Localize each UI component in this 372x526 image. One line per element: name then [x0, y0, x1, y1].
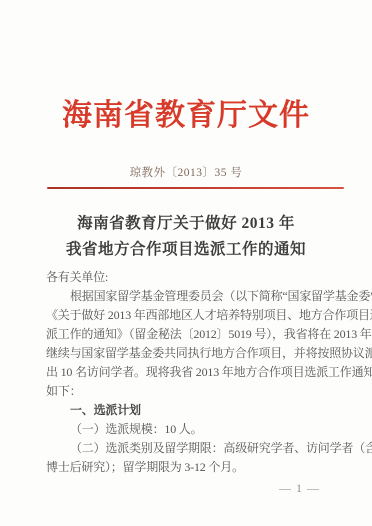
document-number: 琼教外〔2013〕35 号	[0, 165, 372, 181]
list-item: （一）选派规模：10 人。	[46, 420, 346, 439]
paragraph-line: 出 10 名访问学者。现将我省 2013 年地方合作项目选派工作通知	[46, 363, 346, 382]
paragraph-line: 派工作的通知》（留金秘法〔2012〕5019 号），我省将在 2013 年	[46, 325, 346, 344]
title-line-2: 我省地方合作项目选派工作的通知	[0, 237, 372, 263]
page-number: — 1 —	[279, 481, 320, 495]
paragraph-line: 《关于做好 2013 年西部地区人才培养特别项目、地方合作项目选	[46, 306, 346, 325]
document-page: 海南省教育厅文件 琼教外〔2013〕35 号 海南省教育厅关于做好 2013 年…	[0, 0, 372, 526]
red-divider-line	[47, 187, 344, 189]
agency-header: 海南省教育厅文件	[0, 94, 372, 138]
document-title: 海南省教育厅关于做好 2013 年 我省地方合作项目选派工作的通知	[0, 211, 372, 263]
list-item: 博士后研究）；留学期限为 3-12 个月。	[46, 458, 346, 477]
title-line-1: 海南省教育厅关于做好 2013 年	[0, 211, 372, 237]
salutation: 各有关单位:	[46, 268, 346, 287]
document-body: 各有关单位: 根据国家留学基金管理委员会（以下简称“国家留学基金委”） 《关于做…	[46, 268, 346, 477]
paragraph-line: 根据国家留学基金管理委员会（以下简称“国家留学基金委”）	[46, 287, 346, 306]
section-heading: 一、选派计划	[46, 401, 346, 420]
list-item: （二）选派类别及留学期限：高级研究学者、访问学者（含	[46, 439, 346, 458]
paragraph-line: 继续与国家留学基金委共同执行地方合作项目，并将按照协议派	[46, 344, 346, 363]
paragraph-line: 如下：	[46, 382, 346, 401]
